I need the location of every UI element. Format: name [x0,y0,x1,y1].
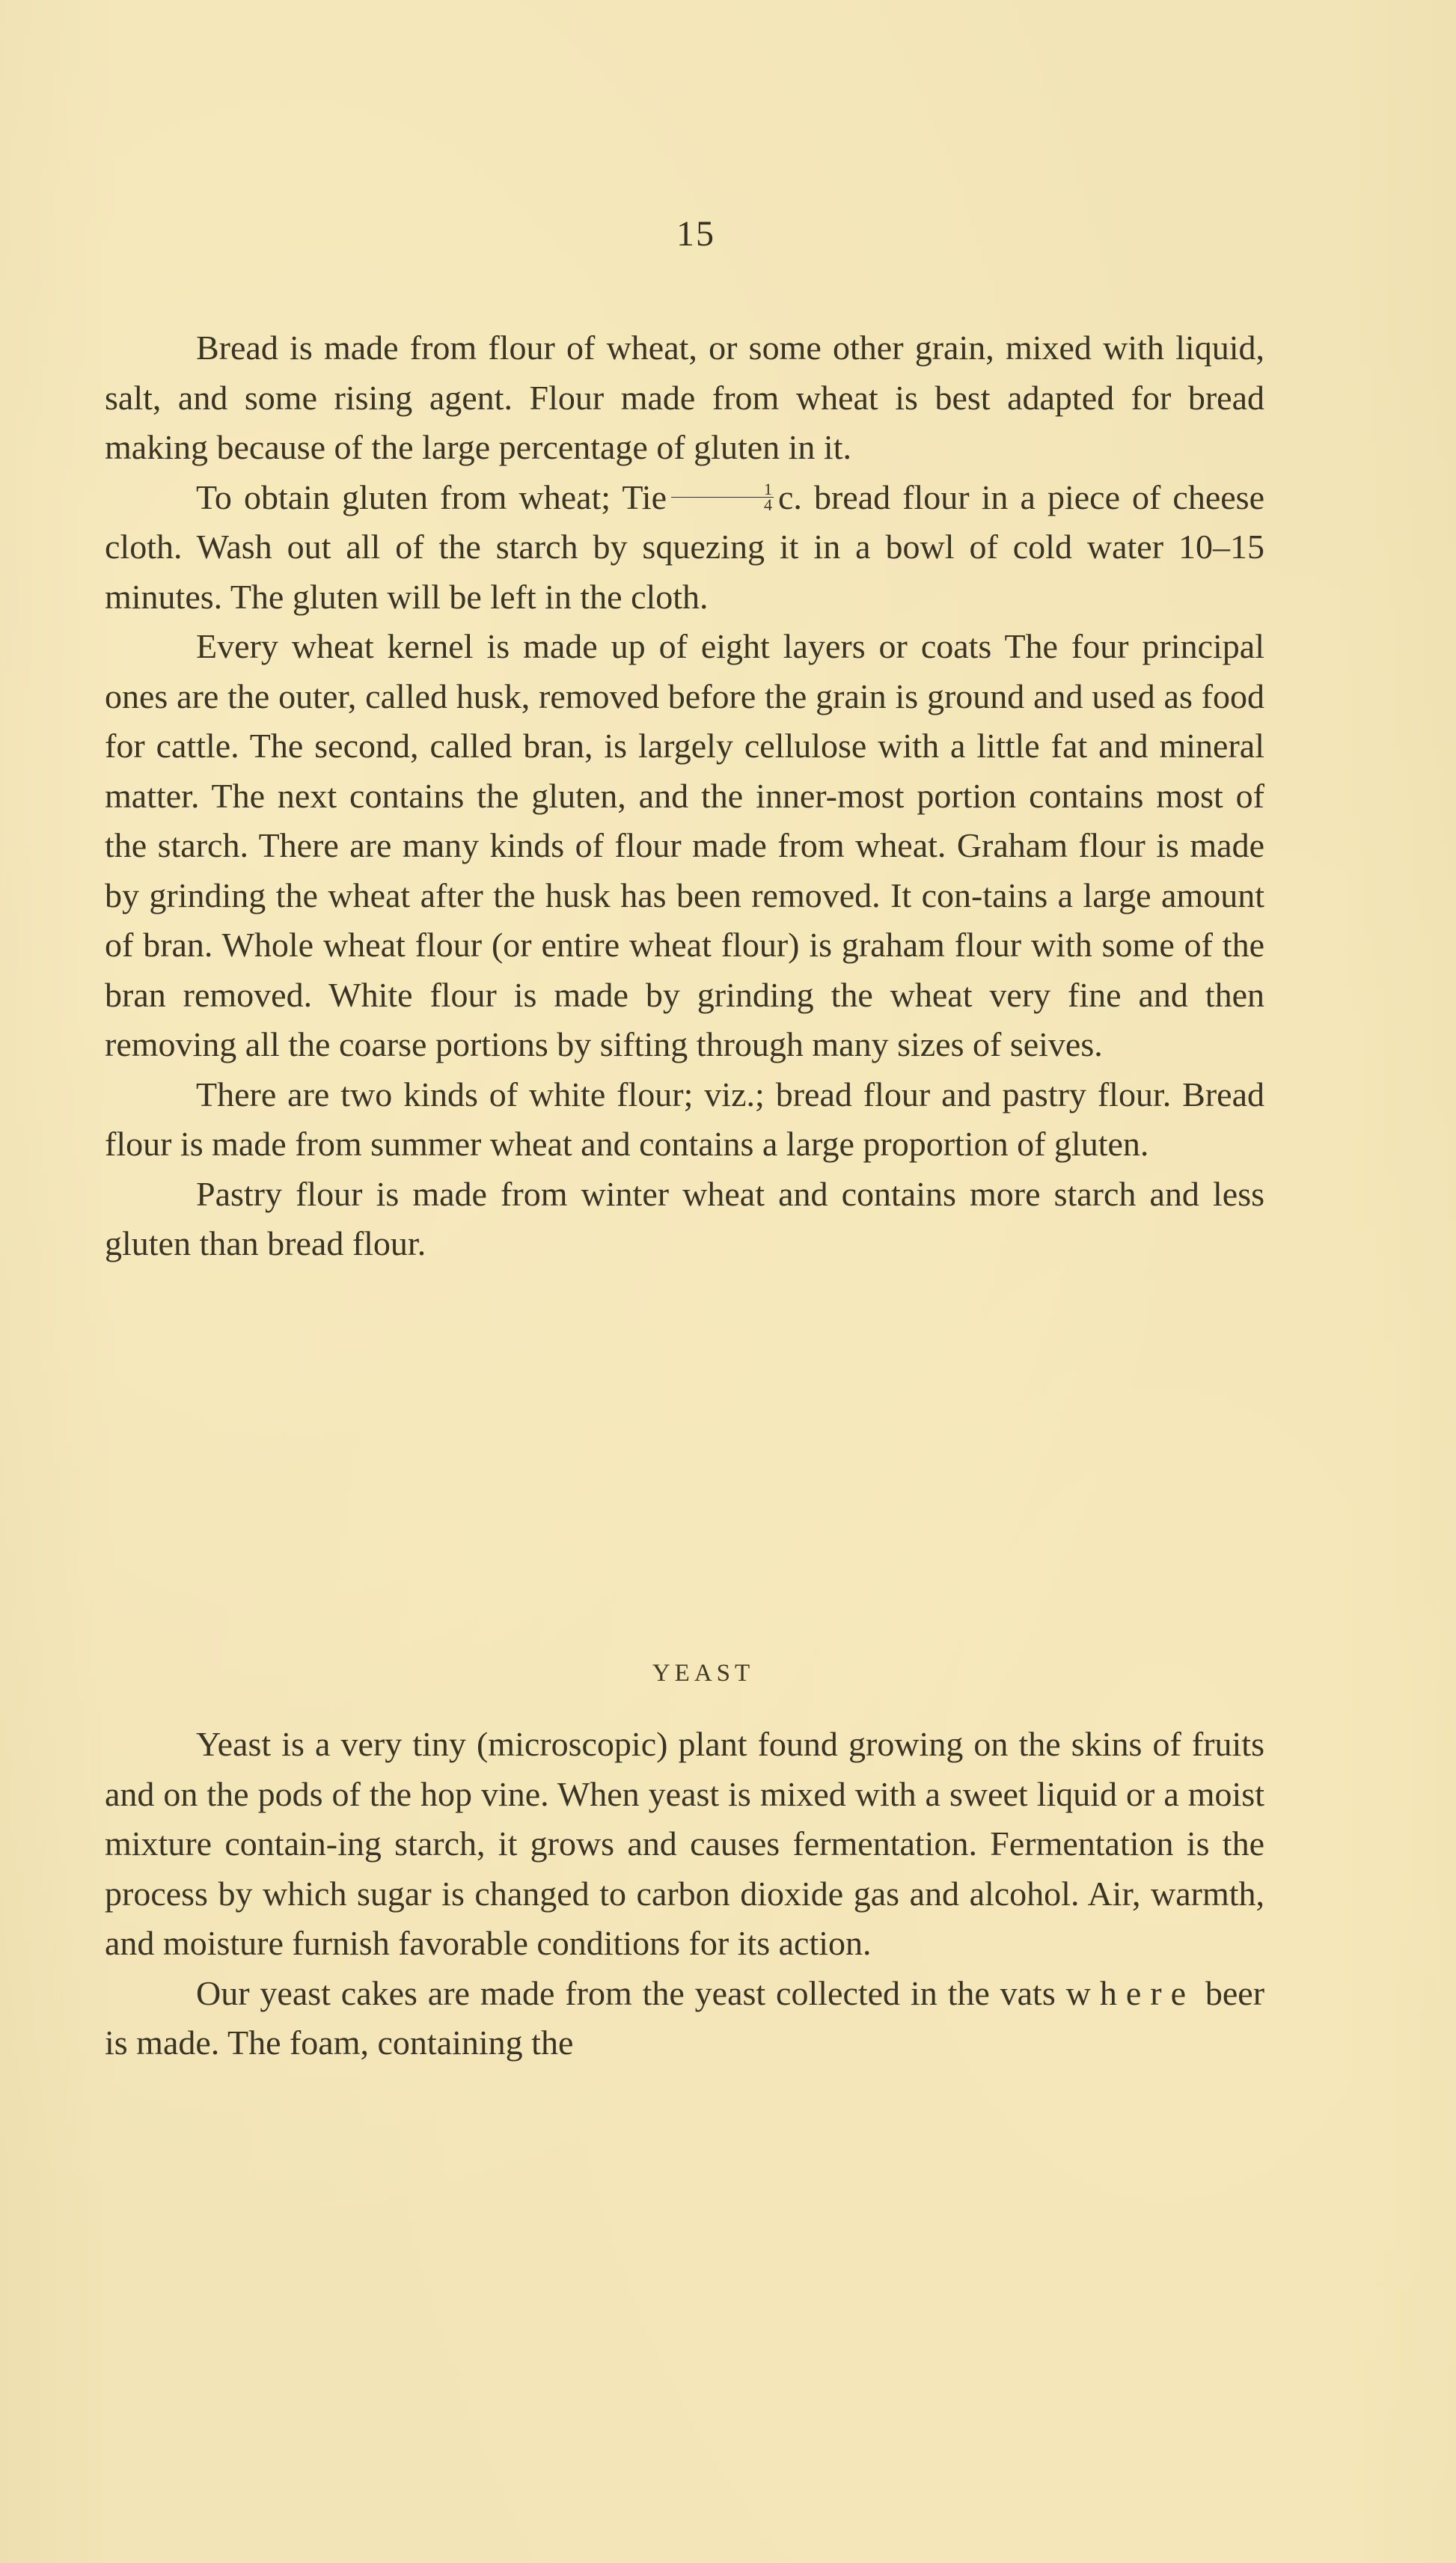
paragraph-white-flour-kinds: There are two kinds of white flour; viz.… [105,1070,1264,1170]
section-heading-yeast: YEAST [0,1660,1407,1687]
yeast-cakes-text-before: Our yeast cakes are made from the yeast … [196,1974,1056,2012]
page-number: 15 [0,213,1392,254]
paragraph-bread-definition: Bread is made from flour of wheat, or so… [105,323,1264,473]
paragraph-yeast-definition: Yeast is a very tiny (microscopic) plant… [105,1720,1264,1969]
bread-section: Bread is made from flour of wheat, or so… [105,323,1264,1269]
paragraph-pastry-flour: Pastry flour is made from winter wheat a… [105,1170,1264,1269]
gluten-text-before-fraction: To obtain gluten from wheat; Tie [196,478,667,516]
spaced-word-where: where [1066,1974,1195,2012]
paragraph-wheat-kernel: Every wheat kernel is made up of eight l… [105,622,1264,1070]
fraction-one-quarter: 14 [671,482,774,513]
paragraph-yeast-cakes: Our yeast cakes are made from the yeast … [105,1969,1264,2068]
yeast-section: Yeast is a very tiny (microscopic) plant… [105,1720,1264,2068]
fraction-denominator: 4 [671,498,774,513]
fraction-numerator: 1 [671,482,774,498]
paragraph-gluten-instructions: To obtain gluten from wheat; Tie14c. bre… [105,473,1264,623]
book-page: 15 Bread is made from flour of wheat, or… [0,0,1456,2563]
